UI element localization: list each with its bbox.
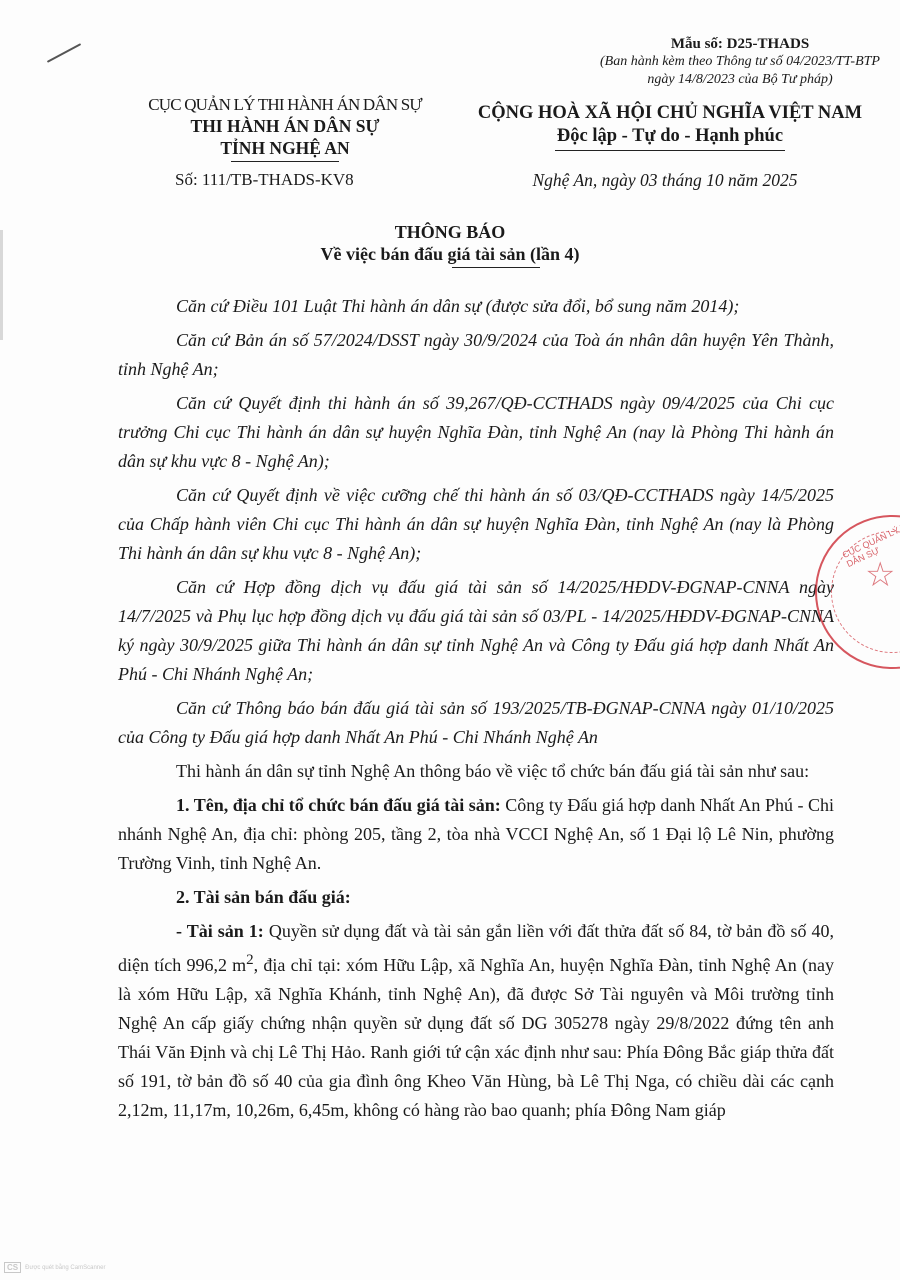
heading-subtitle: Về việc bán đấu giá tài sản (lần 4) <box>0 243 900 265</box>
paragraph: Căn cứ Bản án số 57/2024/DSST ngày 30/9/… <box>118 326 834 384</box>
asset-1-label: - Tài sản 1: <box>176 921 264 941</box>
form-number-block: Mẫu số: D25-THADS (Ban hành kèm theo Thô… <box>590 36 890 89</box>
paragraph: Căn cứ Quyết định về việc cưỡng chế thi … <box>118 481 834 568</box>
motto-underline <box>555 150 785 151</box>
document-page: Mẫu số: D25-THADS (Ban hành kèm theo Thô… <box>0 0 900 1280</box>
section-1-label: 1. Tên, địa chỉ tổ chức bán đấu giá tài … <box>176 795 501 815</box>
camscanner-logo-icon: CS <box>4 1262 21 1273</box>
asset-1: - Tài sản 1: Quyền sử dụng đất và tài sả… <box>118 917 834 1125</box>
area-superscript: 2 <box>246 952 254 968</box>
paragraph: Căn cứ Quyết định thi hành án số 39,267/… <box>118 389 834 476</box>
asset-1-text-b: , địa chỉ tại: xóm Hữu Lập, xã Nghĩa An,… <box>118 955 834 1120</box>
agency-parent: CỤC QUẢN LÝ THI HÀNH ÁN DÂN SỰ <box>120 95 450 115</box>
heading-underline <box>452 267 540 268</box>
agency-name-line1: THI HÀNH ÁN DÂN SỰ <box>120 115 450 137</box>
form-note-line2: ngày 14/8/2023 của Bộ Tư pháp) <box>590 71 890 89</box>
section-1: 1. Tên, địa chỉ tổ chức bán đấu giá tài … <box>118 791 834 878</box>
issuing-agency: CỤC QUẢN LÝ THI HÀNH ÁN DÂN SỰ THI HÀNH … <box>120 95 450 162</box>
national-header: CỘNG HOÀ XÃ HỘI CHỦ NGHĨA VIỆT NAM Độc l… <box>450 103 890 151</box>
section-2-label: 2. Tài sản bán đấu giá: <box>176 887 351 907</box>
document-body: Căn cứ Điều 101 Luật Thi hành án dân sự … <box>118 292 834 1130</box>
heading-title: THÔNG BÁO <box>0 222 900 243</box>
paragraph: Căn cứ Điều 101 Luật Thi hành án dân sự … <box>118 292 834 321</box>
nation-title: CỘNG HOÀ XÃ HỘI CHỦ NGHĨA VIỆT NAM <box>450 103 890 124</box>
section-2: 2. Tài sản bán đấu giá: <box>118 883 834 912</box>
nation-motto: Độc lập - Tự do - Hạnh phúc <box>450 124 890 148</box>
agency-name-line2: TỈNH NGHỆ AN <box>120 137 450 159</box>
star-icon: ☆ <box>865 555 895 595</box>
watermark-text: Được quét bằng CamScanner <box>25 1265 105 1271</box>
form-code: Mẫu số: D25-THADS <box>590 36 890 53</box>
scanner-watermark: CS Được quét bằng CamScanner <box>4 1262 105 1273</box>
paragraph: Thi hành án dân sự tỉnh Nghệ An thông bá… <box>118 757 834 786</box>
place-date: Nghệ An, ngày 03 tháng 10 năm 2025 <box>455 170 875 191</box>
paragraph: Căn cứ Thông báo bán đấu giá tài sản số … <box>118 694 834 752</box>
paragraph: Căn cứ Hợp đồng dịch vụ đấu giá tài sản … <box>118 573 834 689</box>
document-number: Số: 111/TB-THADS-KV8 <box>175 170 354 190</box>
form-note-line1: (Ban hành kèm theo Thông tư số 04/2023/T… <box>590 53 890 71</box>
document-heading: THÔNG BÁO Về việc bán đấu giá tài sản (l… <box>0 222 900 268</box>
pen-mark <box>47 43 81 63</box>
agency-underline <box>231 161 339 162</box>
